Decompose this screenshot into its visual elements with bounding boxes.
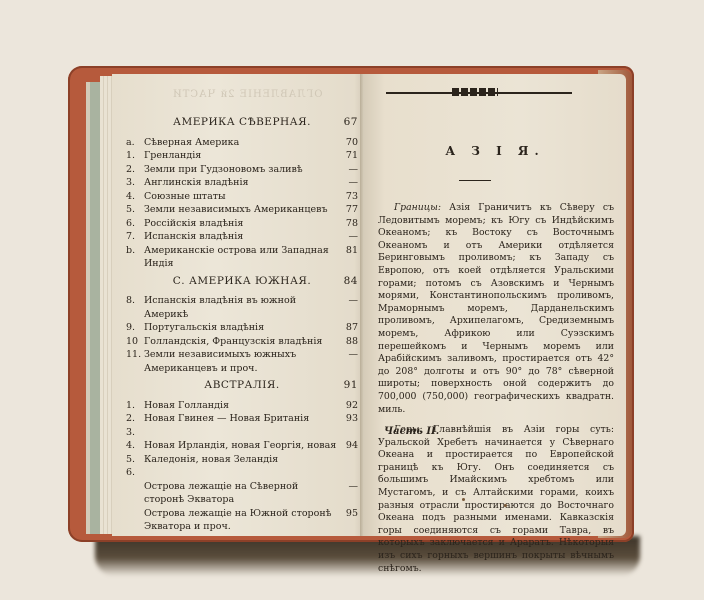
foxing-spot (462, 498, 465, 501)
chapter-body: Границы: Азія Граничитъ къ Сѣверу съ Лед… (378, 202, 614, 583)
toc-entry: Острова лежащіе на Сѣверной сторонѣ Эква… (126, 480, 358, 507)
toc-entry-page: — (338, 480, 358, 507)
toc-entry: 4.Союзные штаты73 (126, 190, 358, 204)
toc-entry-text: Португальскія владѣнія (144, 321, 338, 335)
toc-entry: 2.Земли при Гудзоновомъ заливѣ— (126, 163, 358, 177)
toc-entry-text: Гренландія (144, 149, 338, 163)
toc-entry-num: 1. (126, 149, 144, 163)
toc-entry-page: — (338, 348, 358, 375)
toc-entry-text: Союзные штаты (144, 190, 338, 204)
toc-entry-page: 92 (338, 399, 358, 413)
toc-entry: b.Американскіе острова или Западная Инді… (126, 244, 358, 271)
toc-section-heading: АМЕРИКА СѢВЕРНАЯ.67 (126, 116, 358, 130)
toc-entry-num: 10 (126, 335, 144, 349)
toc-entry-text: Земли независимыхъ Американцевъ (144, 203, 338, 217)
toc-entry-page: 77 (338, 203, 358, 217)
toc-entry-text: Земли независимыхъ южныхъ Американцевъ и… (144, 348, 338, 375)
foxing-spot (504, 504, 507, 507)
ornament-center-icon (452, 88, 498, 96)
signature-mark: Часть II. (384, 426, 439, 437)
toc-entry-page: 81 (338, 244, 358, 271)
toc-entry-num: 1. (126, 399, 144, 413)
toc-entry-text: Сѣверная Америка (144, 136, 338, 150)
toc-entry-text: Новая Гвинея — Новая Британія (144, 412, 338, 439)
toc-entry-num (126, 507, 144, 534)
toc-entry-text: Американскіе острова или Западная Индія (144, 244, 338, 271)
toc-entry: Острова лежащіе на Южной сторонѣ Экватор… (126, 507, 358, 534)
toc-entry: 1.Новая Голландія92 (126, 399, 358, 413)
chapter-title: А З І Я. (364, 144, 626, 158)
toc-entry-num: 9. (126, 321, 144, 335)
toc-entry-num: 2. 3. (126, 412, 144, 439)
toc-entry-text: Испанскія владѣнія въ южной Америкѣ (144, 294, 338, 321)
toc-entry-text: Англинскія владѣнія (144, 176, 338, 190)
left-page: ОГЛАВЛЕНІЕ 2й ЧАСТИ АМЕРИКА СѢВЕРНАЯ.67a… (112, 74, 367, 536)
toc-section-heading: АВСТРАЛІЯ.91 (126, 379, 358, 393)
toc-entry-text: Новая Ирландія, новая Георгія, новая Кал… (144, 439, 338, 480)
toc-entry: 6.Россійскія владѣнія78 (126, 217, 358, 231)
section-title: С. АМЕРИКА ЮЖНАЯ. (126, 275, 338, 289)
toc-entry: 7.Испанскія владѣнія— (126, 230, 358, 244)
toc-entry-num: 7. (126, 230, 144, 244)
toc-entry-page: — (338, 176, 358, 190)
toc-entry-num: 4. 5. 6. (126, 439, 144, 480)
bleed-through-header: ОГЛАВЛЕНІЕ 2й ЧАСТИ (172, 89, 322, 100)
toc-entry-page: — (338, 294, 358, 321)
toc-entry-page: 95 (338, 507, 358, 534)
toc-entry-num: 3. (126, 176, 144, 190)
toc-entry-page: 73 (338, 190, 358, 204)
toc-entry-page: 87 (338, 321, 358, 335)
toc-entry-num: 11. (126, 348, 144, 375)
toc-entry-text: Новая Голландія (144, 399, 338, 413)
toc-entry-page: 88 (338, 335, 358, 349)
toc-entry-text: Испанскія владѣнія (144, 230, 338, 244)
toc-entry-text: Острова лежащіе на Южной сторонѣ Экватор… (144, 507, 338, 534)
toc-entry: 1.Гренландія71 (126, 149, 358, 163)
toc-section-heading: С. АМЕРИКА ЮЖНАЯ.84 (126, 275, 358, 289)
toc-entry-text: Острова лежащіе на Сѣверной сторонѣ Эква… (144, 480, 338, 507)
toc-entry: 10Голландскія, Французскія владѣнія88 (126, 335, 358, 349)
title-rule (459, 180, 491, 181)
toc-entry-num: 4. (126, 190, 144, 204)
toc-entry-num: 5. (126, 203, 144, 217)
toc-entry-num: 2. (126, 163, 144, 177)
toc-entry-num: a. (126, 136, 144, 150)
toc-entry-page: — (338, 230, 358, 244)
toc-entry-page: 78 (338, 217, 358, 231)
section-title: АВСТРАЛІЯ. (126, 379, 338, 393)
toc-entry-num: 6. (126, 217, 144, 231)
paragraph-borders: Границы: Азія Граничитъ къ Сѣверу съ Лед… (378, 202, 614, 416)
toc-entry-page: 93 (338, 412, 358, 439)
paragraph-mountains: Горы: Главнѣйшія въ Азіи горы суть: Урал… (378, 424, 614, 575)
toc-entry-page: — (338, 163, 358, 177)
toc-entry-text: Россійскія владѣнія (144, 217, 338, 231)
toc-entry-num: 8. (126, 294, 144, 321)
toc-entry: 4. 5. 6.Новая Ирландія, новая Георгія, н… (126, 439, 358, 480)
toc-entry-page: 94 (338, 439, 358, 480)
toc-entry: a.Сѣверная Америка70 (126, 136, 358, 150)
section-title: АМЕРИКА СѢВЕРНАЯ. (126, 116, 338, 130)
toc-entry-text: Голландскія, Французскія владѣнія (144, 335, 338, 349)
table-of-contents: АМЕРИКА СѢВЕРНАЯ.67a.Сѣверная Америка701… (126, 112, 358, 534)
toc-entry: 5.Земли независимыхъ Американцевъ77 (126, 203, 358, 217)
toc-entry: 2. 3.Новая Гвинея — Новая Британія93 (126, 412, 358, 439)
toc-entry-page: 71 (338, 149, 358, 163)
toc-entry-text: Земли при Гудзоновомъ заливѣ (144, 163, 338, 177)
section-page: 67 (338, 116, 358, 130)
toc-entry: 11.Земли независимыхъ южныхъ Американцев… (126, 348, 358, 375)
section-page: 84 (338, 275, 358, 289)
toc-entry: 3.Англинскія владѣнія— (126, 176, 358, 190)
toc-entry-num (126, 480, 144, 507)
toc-entry: 9.Португальскія владѣнія87 (126, 321, 358, 335)
toc-entry: 8.Испанскія владѣнія въ южной Америкѣ— (126, 294, 358, 321)
right-page: А З І Я. Границы: Азія Граничитъ къ Сѣве… (364, 74, 626, 536)
section-page: 91 (338, 379, 358, 393)
toc-entry-page: 70 (338, 136, 358, 150)
toc-entry-num: b. (126, 244, 144, 271)
